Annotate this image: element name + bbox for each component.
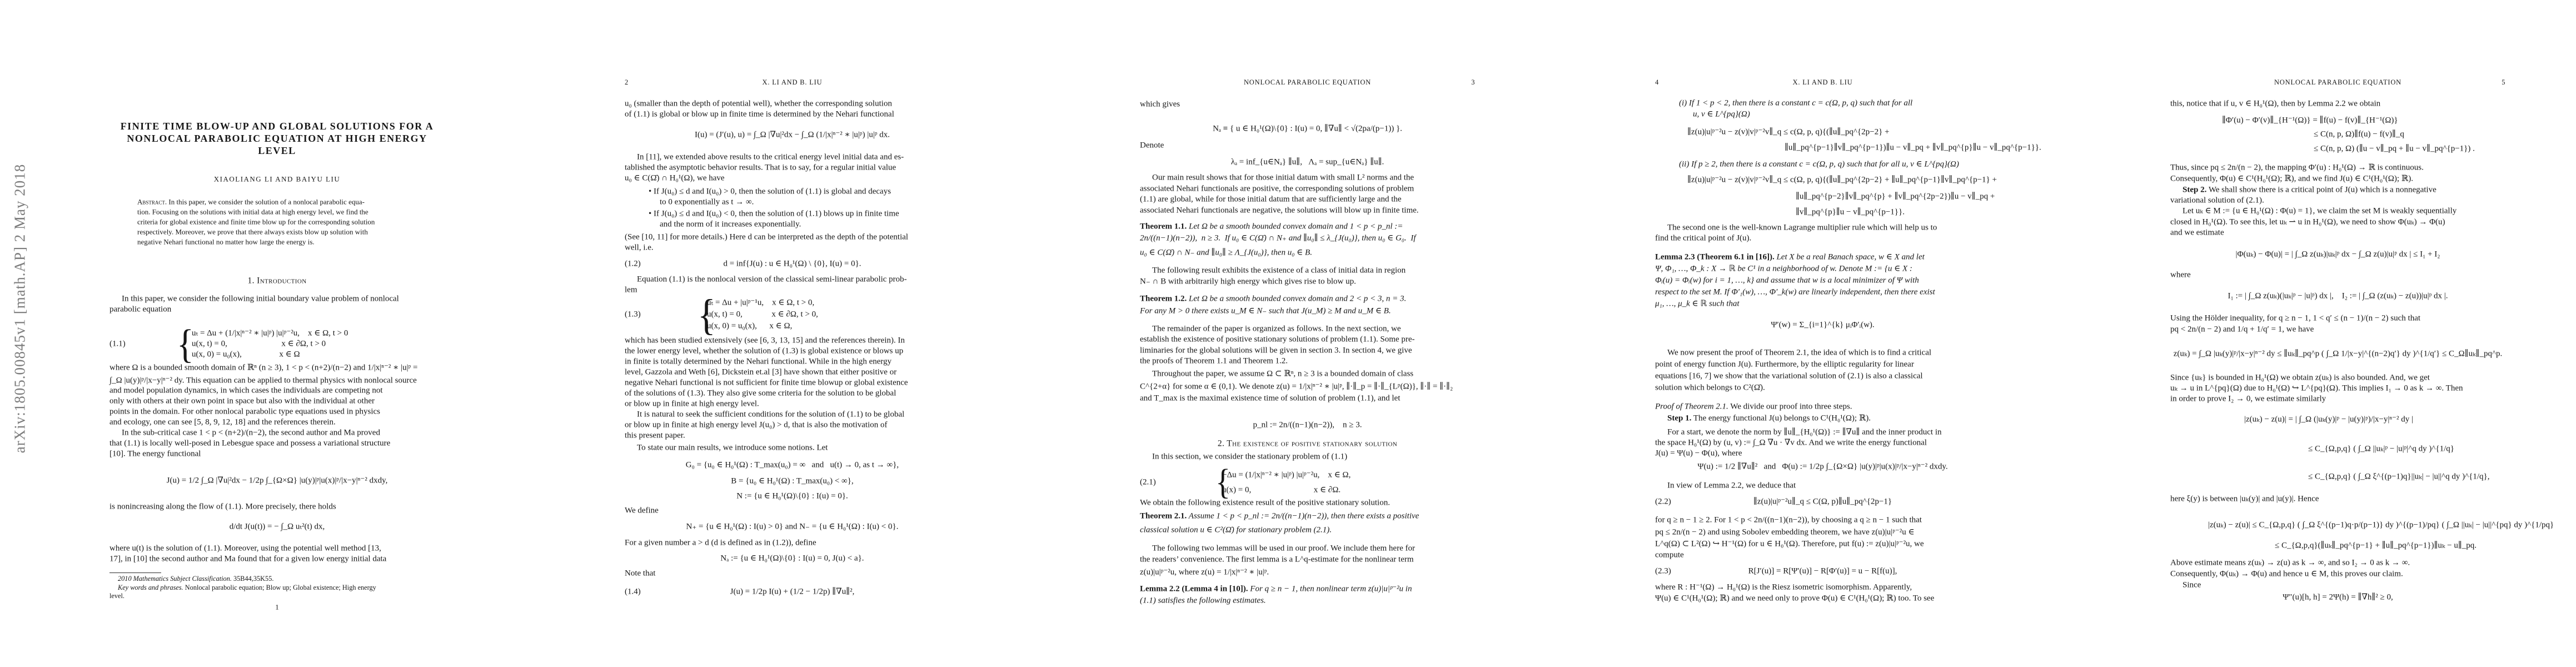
text-line: In view of Lemma 2.2, we deduce that bbox=[1667, 482, 1796, 490]
text-line: the lower energy level, whether the solu… bbox=[625, 347, 903, 356]
display-formula: ≤ C(n, p, Ω) (∥u − v∥_pq + ∥u − v∥_pq^{p… bbox=[2314, 145, 2475, 153]
theorem-line: u₀ ∈ C(Ω̄) ∩ N₋ and ∥u₀∥ ≥ Λ_{J(u₀)}, th… bbox=[1140, 249, 1312, 257]
theorem-line: Ψ, Φ₁, …, Φ_k : X → ℝ be C¹ in a neighbo… bbox=[1655, 265, 1912, 273]
display-formula: ≤ C_{Ω,p,q}(∥uₖ∥_pq^{p−1} + ∥u∥_pq^{p−1}… bbox=[2275, 542, 2477, 550]
text-line: only with others at their own point in s… bbox=[109, 397, 375, 406]
system-equation-line: u(x, t) = 0, x ∈ ∂Ω, t > 0, bbox=[707, 311, 818, 319]
text-line: Note that bbox=[625, 570, 655, 578]
text-line: lem bbox=[625, 286, 637, 295]
equation-tag: (1.3) bbox=[625, 311, 641, 319]
text-line: pq ≤ 2n/(n − 2) and using Sobolev embedd… bbox=[1655, 529, 1915, 537]
text-line: To state our main results, we introduce … bbox=[637, 444, 828, 452]
text-line: (1.1) are global, while for those initia… bbox=[1140, 196, 1402, 204]
abstract-line: criteria for global existence and finite… bbox=[137, 218, 375, 226]
text-line: level, Gazzola and Weth [6], Dickstein e… bbox=[625, 369, 896, 377]
abstract-line: Abstract. In this paper, we consider the… bbox=[137, 198, 365, 206]
theorem-line: (1.1) satisfies the following estimates. bbox=[1140, 597, 1266, 605]
display-formula: ≤ C_{Ω,p,q} ( ∫_Ω ||uₖ|ᵖ − |u|ᵖ|^q dy )^… bbox=[2308, 445, 2454, 454]
text-line: ∫_Ω |u(y)|ᵖ/|x−y|ⁿ⁻² dy. This equation c… bbox=[109, 377, 417, 385]
display-formula: I₁ := | ∫_Ω z(uₖ)(|uₖ|ᵖ − |u|ᵖ) dx |, I₂… bbox=[2170, 292, 2505, 301]
running-header-title: X. LI AND B. LIU bbox=[1655, 79, 1990, 86]
text-line: well, i.e. bbox=[625, 244, 654, 252]
display-formula: |z(uₖ) − z(u)| = | ∫_Ω (|uₖ(y)|ᵖ − |u(y)… bbox=[2244, 416, 2413, 424]
text-line: Let uₖ ∈ M := {u ∈ H₀¹(Ω) : Φ(u) = 1}, w… bbox=[2183, 207, 2457, 216]
text-line: pq < 2n/(n − 2) and 1/q + 1/q′ = 1, we h… bbox=[2170, 326, 2314, 334]
display-formula: G₀ = {u₀ ∈ H₀¹(Ω) : T_max(u₀) = ∞ and u(… bbox=[625, 461, 960, 470]
system-equation-line: u(x, t) = 0, x ∈ ∂Ω, t > 0 bbox=[192, 340, 326, 349]
text-line: in order to prove I₂ → 0, we estimate si… bbox=[2170, 395, 2326, 404]
footnote-line: 2010 Mathematics Subject Classification.… bbox=[118, 575, 273, 582]
authors-line: XIAOLIANG LI AND BAIYU LIU bbox=[109, 176, 445, 183]
equation-tag: (2.1) bbox=[1140, 479, 1156, 487]
text-line: where bbox=[2170, 271, 2191, 280]
footnote-line: Key words and phrases. Nonlocal paraboli… bbox=[118, 584, 376, 591]
text-line: The second one is the well-known Lagrang… bbox=[1667, 224, 1937, 232]
text-line: For a given number a > d (d is defined a… bbox=[625, 539, 816, 547]
display-formula: ∥z(u)|u|ᵖ⁻²u∥_q ≤ C(Ω, p)∥u∥_pq^{2p−1} bbox=[1655, 498, 1990, 506]
system-equation-line: u(x, 0) = u₀(x), x ∈ Ω bbox=[192, 351, 300, 359]
theorem-line: μ₁, …, μ_k ∈ ℝ such that bbox=[1655, 300, 1740, 308]
text-line: associated Nehari functionals are positi… bbox=[1140, 185, 1414, 193]
text-line: u₀ ∈ C(Ω̄) ∩ H₀¹(Ω), we have bbox=[625, 175, 725, 183]
text-line: [10]. The energy functional bbox=[109, 450, 201, 459]
text-line: or blow up in finite at high energy leve… bbox=[625, 421, 888, 430]
text-line: is nonincreasing along the flow of (1.1)… bbox=[109, 503, 336, 511]
system-equation-line: uₜ = Δu + |u|ᵖ⁻¹u, x ∈ Ω, t > 0, bbox=[707, 299, 814, 307]
display-formula: J(u) = 1/2 ∫_Ω |∇u|²dx − 1/2p ∫_{Ω×Ω} |u… bbox=[109, 477, 445, 485]
text-line: tablished the asymptotic behavior result… bbox=[625, 164, 896, 172]
text-line: J(u) = Ψ(u) − Φ(u), where bbox=[1655, 450, 1742, 458]
text-line: in finite is totally determined by the N… bbox=[625, 358, 891, 366]
display-formula: N₊ = {u ∈ H₀¹(Ω) : I(u) > 0} and N₋ = {u… bbox=[625, 523, 960, 531]
text-line: and model population dynamics, in which … bbox=[109, 387, 383, 395]
abstract-line: negative Nehari functional no matter how… bbox=[137, 238, 315, 246]
text-line: • If J(u₀) ≤ d and I(u₀) > 0, then the s… bbox=[649, 188, 891, 196]
footnote-line: level. bbox=[109, 593, 124, 599]
display-formula: ∥v∥_pq^{p}∥u − v∥_pq^{p−1}}. bbox=[1796, 208, 1905, 217]
paper-title-line: LEVEL bbox=[109, 146, 445, 156]
running-header-page-number: 3 bbox=[1140, 79, 1475, 86]
text-line: variational solution of (2.1). bbox=[2170, 197, 2264, 205]
display-formula: ≤ C(n, p, Ω)∥f(u) − f(v)∥_q bbox=[2314, 131, 2404, 139]
text-line: solution which belongs to C²(Ω̄). bbox=[1655, 384, 1765, 392]
theorem-line: Theorem 1.2. Let Ω be a smooth bounded c… bbox=[1140, 295, 1406, 303]
text-line: • If J(u₀) ≤ d and I(u₀) < 0, then the s… bbox=[649, 210, 899, 218]
theorem-line: For any M > 0 there exists u_M ∈ N₋ such… bbox=[1140, 307, 1391, 316]
text-line: Thus, since pq ≤ 2n/(n − 2), the mapping… bbox=[2170, 164, 2424, 172]
display-formula: R[J′(u)] = R[Ψ′(u)] − R[Φ′(u)] = u − R[f… bbox=[1655, 568, 1990, 576]
system-equation-line: u(x, 0) = u₀(x), x ∈ Ω, bbox=[707, 322, 792, 331]
text-line: of the solutions of (1.3). They also giv… bbox=[625, 390, 896, 398]
text-line: where u(t) is the solution of (1.1). Mor… bbox=[109, 545, 381, 553]
text-line: In [11], we extended above results to th… bbox=[637, 153, 904, 162]
display-formula: N := {u ∈ H₀¹(Ω)\{0} : I(u) = 0}. bbox=[625, 492, 960, 501]
text-line: uₖ → u in L^{pq}(Ω) due to H₀¹(Ω) ↪ L^{p… bbox=[2170, 385, 2463, 393]
system-equation-line: −Δu = (1/|x|ⁿ⁻² ∗ |u|ᵖ) |u|ᵖ⁻²u, x ∈ Ω, bbox=[1222, 471, 1351, 480]
text-line: of (1.1) is global or blow up in finite … bbox=[625, 111, 894, 119]
theorem-line: 2n/((n−1)(n−2)), n ≥ 3. If u₀ ∈ C(Ω̄) ∩ … bbox=[1140, 235, 1416, 243]
page-2: 2X. LI AND B. LIUu₀ (smaller than the de… bbox=[515, 0, 1030, 667]
text-line: establish the existence of positive stat… bbox=[1140, 336, 1414, 344]
text-line: the readers’ convenience. The first lemm… bbox=[1140, 556, 1414, 564]
text-line: compute bbox=[1655, 551, 1684, 560]
text-line: associated Nehari functionals are negati… bbox=[1140, 207, 1419, 215]
theorem-line: Theorem 1.1. Let Ω be a smooth bounded c… bbox=[1140, 223, 1403, 231]
display-formula: B = {u₀ ∈ H₀¹(Ω) : T_max(u₀) < ∞}, bbox=[625, 477, 960, 486]
page-5: NONLOCAL PARABOLIC EQUATION5this, notice… bbox=[2061, 0, 2576, 667]
arxiv-stamp: arXiv:1805.00845v1 [math.AP] 2 May 2018 bbox=[12, 164, 29, 453]
text-line: Proof of Theorem 2.1. We divide our proo… bbox=[1655, 403, 1852, 411]
text-line: z(u)|u|ᵖ⁻²u, where z(u) = 1/|x|ⁿ⁻² ∗ |u|… bbox=[1140, 569, 1269, 577]
text-line: L^q(Ω) ⊂ L²(Ω) ↪ H⁻¹(Ω) for u ∈ H₀¹(Ω). … bbox=[1655, 540, 1924, 549]
section-heading: 2. The existence of positive stationary … bbox=[1140, 439, 1475, 448]
running-header-title: X. LI AND B. LIU bbox=[625, 79, 960, 86]
text-line: Since bbox=[2183, 581, 2201, 590]
text-line: Ψ(u) ∈ C¹(H₀¹(Ω); ℝ) and we need only to… bbox=[1655, 595, 1934, 603]
display-formula: ∥u∥_pq^{p−1}∥v∥_pq^{p−1})∥u − v∥_pq + ∥v… bbox=[1785, 144, 2041, 152]
text-line: (See [10, 11] for more details.) Here d … bbox=[625, 233, 908, 242]
abstract-line: respectively. Moreover, we prove that th… bbox=[137, 228, 368, 236]
text-line: 17], in [10] the second author and Ma fo… bbox=[109, 555, 386, 564]
text-line: liminaries for the global solutions will… bbox=[1140, 347, 1412, 355]
text-line: and the norm of it increases exponential… bbox=[660, 221, 801, 229]
text-line: for q ≥ n − 1 ≥ 2. For 1 < p < 2n/((n−1)… bbox=[1655, 516, 1922, 525]
section-heading: 1. Introduction bbox=[109, 276, 445, 285]
text-line: this, notice that if u, v ∈ H₀¹(Ω), then… bbox=[2170, 100, 2380, 108]
text-line: Using the Hölder inequality, for q ≥ n −… bbox=[2170, 315, 2420, 323]
text-line: Since {uₖ} is bounded in H₀¹(Ω) we obtai… bbox=[2170, 374, 2430, 382]
display-formula: ∥u∥_pq^{p−2}∥v∥_pq^{p} + ∥v∥_pq^{2p−2})∥… bbox=[1796, 193, 1995, 201]
display-formula: λₐ = inf_{u∈Nₐ} ∥u∥, Λₐ = sup_{u∈Nₐ} ∥u∥… bbox=[1140, 158, 1475, 167]
text-line: this present paper. bbox=[625, 432, 685, 440]
text-line: and ecology, one can see [5, 8, 9, 12, 1… bbox=[109, 419, 336, 427]
system-equation-line: uₜ = Δu + (1/|x|ⁿ⁻² ∗ |u|ᵖ) |u|ᵖ⁻²u, x ∈… bbox=[192, 330, 348, 338]
lemma-item-line: (ii) If p ≥ 2, then there is a constant … bbox=[1679, 161, 1959, 169]
theorem-line: respect to the set M. If Φ′₁(w), …, Φ′_k… bbox=[1655, 288, 1935, 297]
theorem-line: Lemma 2.3 (Theorem 6.1 in [16]). Let X b… bbox=[1655, 253, 1925, 262]
page-number: 1 bbox=[109, 604, 445, 611]
text-line: It is natural to seek the sufficient con… bbox=[637, 411, 904, 419]
text-line: Consequently, Φ(u) ∈ C¹(H₀¹(Ω); ℝ), and … bbox=[2170, 175, 2413, 183]
text-line: that (1.1) is locally well-posed in Lebe… bbox=[109, 440, 390, 448]
text-line: the space H₀¹(Ω) by (u, v) := ∫_Ω ∇u · ∇… bbox=[1655, 439, 1927, 447]
text-line: Throughout the paper, we assume Ω ⊂ ℝⁿ, … bbox=[1152, 370, 1413, 379]
system-equation-line: u(x) = 0, x ∈ ∂Ω. bbox=[1222, 486, 1341, 495]
page-4: 4X. LI AND B. LIU(i) If 1 < p < 2, then … bbox=[1546, 0, 2061, 667]
page-1: FINITE TIME BLOW-UP AND GLOBAL SOLUTIONS… bbox=[0, 0, 515, 667]
text-line: here ξ(y) is between |uₖ(y)| and |u(y)|.… bbox=[2170, 495, 2319, 504]
text-line: The remainder of the paper is organized … bbox=[1152, 325, 1401, 333]
text-line: and we estimate bbox=[2170, 229, 2224, 237]
text-line: We define bbox=[625, 507, 659, 515]
display-formula: p_nl := 2n/((n−1)(n−2)), n ≥ 3. bbox=[1140, 421, 1475, 430]
paper-pages-canvas: FINITE TIME BLOW-UP AND GLOBAL SOLUTIONS… bbox=[0, 0, 2576, 667]
text-line: Equation (1.1) is the nonlocal version o… bbox=[637, 276, 907, 284]
text-line: equations [16, 7] we show that the varia… bbox=[1655, 372, 1923, 381]
text-line: For a start, we denote the norm by ∥u∥_{… bbox=[1667, 429, 1941, 437]
text-line: point of energy function J(u). Furthermo… bbox=[1655, 361, 1914, 369]
text-line: closed in H₀¹(Ω). To see this, let uₖ ⇀ … bbox=[2170, 218, 2445, 227]
text-line: N₋ ∩ B with arbitrarily high energy whic… bbox=[1140, 278, 1356, 286]
display-formula: z(uₖ) = ∫_Ω |uₖ(y)|ᵖ/|x−y|ⁿ⁻² dy ≤ ∥uₖ∥_… bbox=[2170, 350, 2505, 359]
page-3: NONLOCAL PARABOLIC EQUATION3which givesN… bbox=[1030, 0, 1546, 667]
display-formula: |Φ(uₖ) − Φ(u)| = | ∫_Ω z(uₖ)|uₖ|ᵖ dx − ∫… bbox=[2170, 251, 2505, 259]
text-line: The following two lemmas will be used in… bbox=[1152, 545, 1415, 553]
text-line: Denote bbox=[1140, 142, 1164, 150]
lemma-item-line: (i) If 1 < p < 2, then there is a consta… bbox=[1679, 99, 1912, 108]
text-line: u₀ (smaller than the depth of potential … bbox=[625, 100, 892, 108]
text-line: where R : H⁻¹(Ω) → H₀¹(Ω) is the Riesz i… bbox=[1655, 584, 1912, 592]
text-line: to 0 exponentially as t → ∞. bbox=[660, 198, 754, 207]
text-line: Our main result shows that for those ini… bbox=[1152, 174, 1414, 182]
paper-title-line: FINITE TIME BLOW-UP AND GLOBAL SOLUTIONS… bbox=[109, 121, 445, 131]
text-line: Step 1. The energy functional J(u) belon… bbox=[1667, 415, 1871, 423]
text-line: Step 2. We shall show there is a critica… bbox=[2183, 186, 2437, 195]
text-line: In the sub-critical case 1 < p < (n+2)/(… bbox=[122, 429, 380, 437]
text-line: points in the domain. For other nonlocal… bbox=[109, 408, 380, 416]
text-line: C^{2+α} for some α ∈ (0,1). We denote z(… bbox=[1140, 383, 1453, 391]
text-line: the proofs of Theorem 1.1 and Theorem 1.… bbox=[1140, 357, 1288, 366]
display-formula: Nₐ ≡ { u ∈ H₀¹(Ω)\{0} : I(u) = 0, ∥∇u∥ <… bbox=[1140, 125, 1475, 133]
abstract-line: tion. Focusing on the solutions with ini… bbox=[137, 208, 368, 216]
text-line: The following result exhibits the existe… bbox=[1152, 267, 1406, 275]
display-formula: ∥z(u)|u|ᵖ⁻²u − z(v)|v|ᵖ⁻²v∥_q ≤ c(Ω, p, … bbox=[1687, 128, 1889, 137]
display-formula: d/dt J(u(t)) = − ∫_Ω uₜ²(t) dx, bbox=[109, 523, 445, 531]
display-formula: J(u) = 1/2p I(u) + (1/2 − 1/2p) ∥∇u∥², bbox=[625, 588, 960, 596]
running-header-page-number: 5 bbox=[2170, 79, 2505, 86]
text-line: We now present the proof of Theorem 2.1,… bbox=[1667, 349, 1931, 357]
equation-tag: (1.1) bbox=[109, 340, 126, 349]
text-line: which gives bbox=[1140, 101, 1180, 109]
display-formula: |z(uₖ) − z(u)| ≤ C_{Ω,p,q} ( ∫_Ω ξ^{(p−1… bbox=[2208, 521, 2554, 530]
display-formula: Ψ′(w) = Σ_{i=1}^{k} μᵢΦ′ᵢ(w). bbox=[1655, 321, 1990, 330]
display-formula: I(u) = (J′(u), u) = ∫_Ω |∇u|²dx − ∫_Ω (1… bbox=[625, 131, 960, 140]
text-line: In this paper, we consider the following… bbox=[122, 295, 399, 303]
footnote-rule bbox=[109, 573, 161, 573]
display-formula: Nₐ := {u ∈ H₀¹(Ω)\{0} : I(u) = 0, J(u) <… bbox=[625, 555, 960, 563]
text-line: or blow up in finite at high energy leve… bbox=[625, 400, 759, 409]
text-line: Above estimate means z(uₖ) → z(u) as k →… bbox=[2170, 559, 2410, 568]
text-line: where Ω is a bounded smooth domain of ℝⁿ… bbox=[109, 364, 417, 372]
text-line: In this section, we consider the station… bbox=[1152, 453, 1347, 461]
display-formula: ∥Φ′(u) − Φ′(v)∥_{H⁻¹(Ω)} = ∥f(u) − f(v)∥… bbox=[2222, 117, 2398, 125]
text-line: which has been studied extensively (see … bbox=[625, 337, 905, 345]
display-formula: ∥z(u)|u|ᵖ⁻²u − z(v)|v|ᵖ⁻²v∥_q ≤ c(Ω, p, … bbox=[1687, 176, 1997, 185]
text-line: negative Nehari functional is not suffic… bbox=[625, 379, 908, 387]
text-line: We obtain the following existence result… bbox=[1140, 499, 1390, 507]
text-line: and T_max is the maximal existence time … bbox=[1140, 395, 1400, 403]
display-formula: ≤ C_{Ω,p,q} ( ∫_Ω ξ^{(p−1)q}||uₖ| − |u||… bbox=[2308, 473, 2489, 481]
text-line: Consequently, Φ(uₖ) → Φ(u) and hence u ∈… bbox=[2170, 570, 2403, 579]
theorem-line: Φᵢ(u) = Φᵢ(w) for i = 1, …, k} and assum… bbox=[1655, 277, 1919, 285]
lemma-item-line: u, v ∈ L^{pq}(Ω) bbox=[1693, 111, 1750, 119]
display-formula: Ψ(u) := 1/2 ∥∇u∥² and Φ(u) := 1/2p ∫_{Ω×… bbox=[1655, 463, 1990, 471]
display-formula: d = inf{J(u) : u ∈ H₀¹(Ω) \ {0}, I(u) = … bbox=[625, 260, 960, 268]
theorem-line: Lemma 2.2 (Lemma 4 in [10]). For q ≥ n −… bbox=[1140, 585, 1412, 594]
text-line: find the critical point of J(u). bbox=[1655, 235, 1751, 243]
system-brace: { bbox=[1215, 465, 1230, 500]
paper-title-line: NONLOCAL PARABOLIC EQUATION AT HIGH ENER… bbox=[109, 133, 445, 143]
theorem-line: classical solution u ∈ C²(Ω̄) for statio… bbox=[1140, 526, 1332, 535]
theorem-line: Theorem 2.1. Assume 1 < p < p_nl := 2n/(… bbox=[1140, 512, 1419, 521]
display-formula: Ψ″(u)[h, h] = 2Ψ(h) = ∥∇h∥² ≥ 0, bbox=[2170, 594, 2505, 602]
text-line: parabolic equation bbox=[109, 306, 171, 314]
